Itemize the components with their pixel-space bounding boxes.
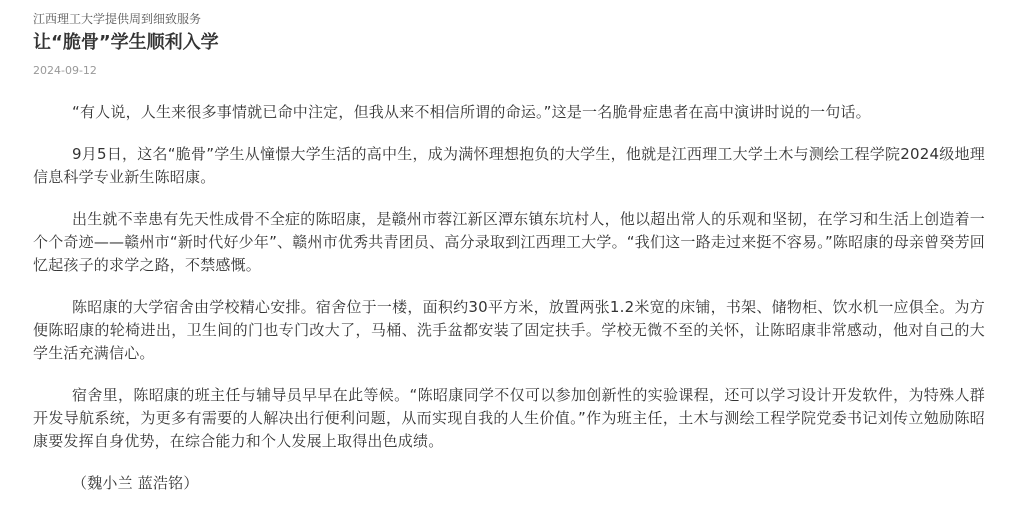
article-subtitle: 江西理工大学提供周到细致服务 — [33, 11, 201, 27]
article-title: 让“脆骨”学生顺利入学 — [33, 31, 219, 55]
paragraph-intro: 9月5日，这名“脆骨”学生从憧憬大学生活的高中生，成为满怀理想抱负的大学生，他就… — [33, 143, 985, 189]
article-body: “有人说，人生来很多事情就已命中注定，但我从来不相信所谓的命运。”这是一名脆骨症… — [33, 101, 985, 513]
author-byline: （魏小兰 蓝浩铭） — [33, 472, 985, 495]
paragraph-quote: “有人说，人生来很多事情就已命中注定，但我从来不相信所谓的命运。”这是一名脆骨症… — [33, 101, 985, 124]
paragraph-background: 出生就不幸患有先天性成骨不全症的陈昭康，是赣州市蓉江新区潭东镇东坑村人，他以超出… — [33, 208, 985, 277]
paragraph-teachers: 宿舍里，陈昭康的班主任与辅导员早早在此等候。“陈昭康同学不仅可以参加创新性的实验… — [33, 384, 985, 453]
paragraph-dormitory: 陈昭康的大学宿舍由学校精心安排。宿舍位于一楼，面积约30平方米，放置两张1.2米… — [33, 296, 985, 365]
publish-date: 2024-09-12 — [33, 64, 97, 78]
